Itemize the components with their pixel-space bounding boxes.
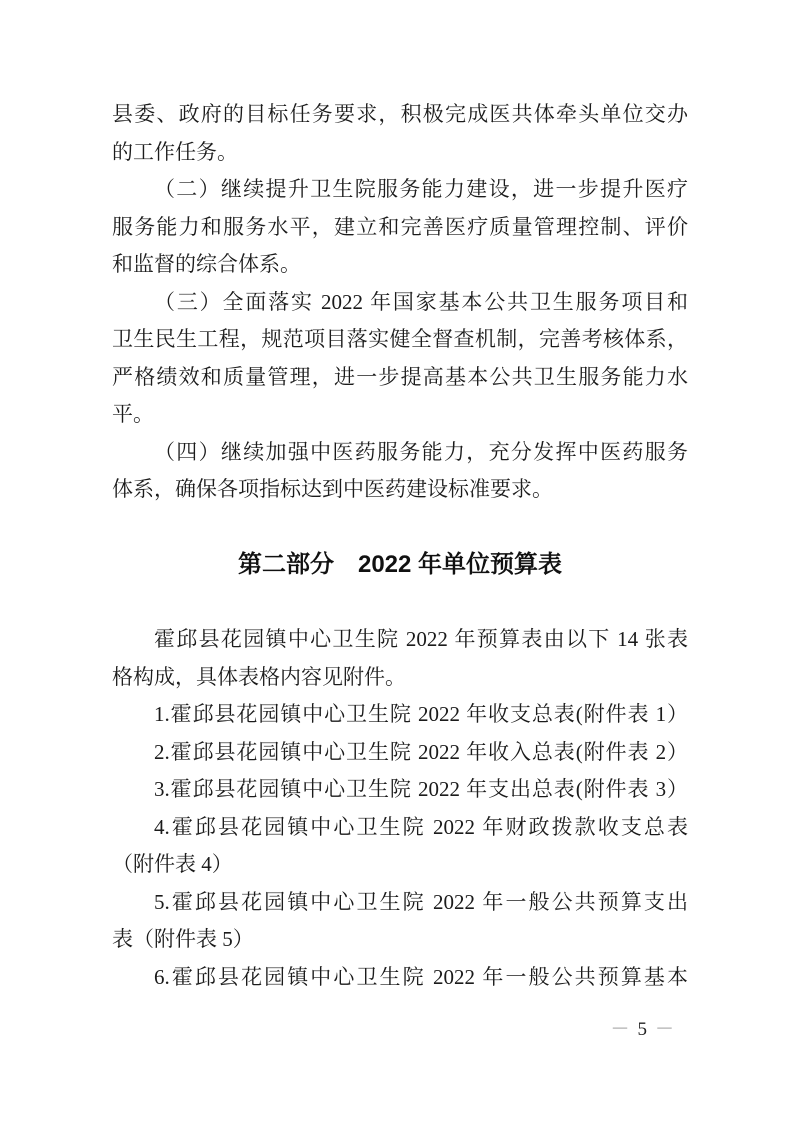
body-line: 表（附件表 5）: [112, 921, 688, 959]
section-heading: 第二部分 2022 年单位预算表: [112, 546, 688, 584]
document-content: 县委、政府的目标任务要求，积极完成医共体牵头单位交办的工作任务。（二）继续提升卫…: [112, 96, 688, 996]
page-number-dash-left: －: [610, 1019, 630, 1040]
document-page: 县委、政府的目标任务要求，积极完成医共体牵头单位交办的工作任务。（二）继续提升卫…: [0, 0, 793, 1122]
body-line: （附件表 4）: [112, 846, 688, 884]
body-line: 平。: [112, 396, 688, 434]
page-number: －5－: [610, 1018, 675, 1042]
body-line: 霍邱县花园镇中心卫生院 2022 年预算表由以下 14 张表: [112, 621, 688, 659]
body-line: 的工作任务。: [112, 134, 688, 172]
body-line: 5.霍邱县花园镇中心卫生院 2022 年一般公共预算支出: [112, 884, 688, 922]
body-line: 和监督的综合体系。: [112, 246, 688, 284]
body-line: 卫生民生工程，规范项目落实健全督查机制，完善考核体系，: [112, 321, 688, 359]
body-line: 体系，确保各项指标达到中医药建设标准要求。: [112, 471, 688, 509]
body-line: 县委、政府的目标任务要求，积极完成医共体牵头单位交办: [112, 96, 688, 134]
page-number-dash-right: －: [655, 1019, 675, 1040]
body-line: 6.霍邱县花园镇中心卫生院 2022 年一般公共预算基本: [112, 959, 688, 997]
body-line: （二）继续提升卫生院服务能力建设，进一步提升医疗: [112, 171, 688, 209]
body-line: 服务能力和服务水平，建立和完善医疗质量管理控制、评价: [112, 209, 688, 247]
body-line: 格构成，具体表格内容见附件。: [112, 659, 688, 697]
body-line: 1.霍邱县花园镇中心卫生院 2022 年收支总表(附件表 1）: [112, 696, 688, 734]
body-section-1: 县委、政府的目标任务要求，积极完成医共体牵头单位交办的工作任务。（二）继续提升卫…: [112, 96, 688, 509]
body-line: （三）全面落实 2022 年国家基本公共卫生服务项目和: [112, 284, 688, 322]
body-section-2: 霍邱县花园镇中心卫生院 2022 年预算表由以下 14 张表格构成，具体表格内容…: [112, 621, 688, 996]
body-line: 严格绩效和质量管理，进一步提高基本公共卫生服务能力水: [112, 359, 688, 397]
body-line: （四）继续加强中医药服务能力，充分发挥中医药服务: [112, 434, 688, 472]
body-line: 3.霍邱县花园镇中心卫生院 2022 年支出总表(附件表 3）: [112, 771, 688, 809]
body-line: 4.霍邱县花园镇中心卫生院 2022 年财政拨款收支总表: [112, 809, 688, 847]
body-line: 2.霍邱县花园镇中心卫生院 2022 年收入总表(附件表 2）: [112, 734, 688, 772]
page-number-value: 5: [630, 1019, 655, 1040]
